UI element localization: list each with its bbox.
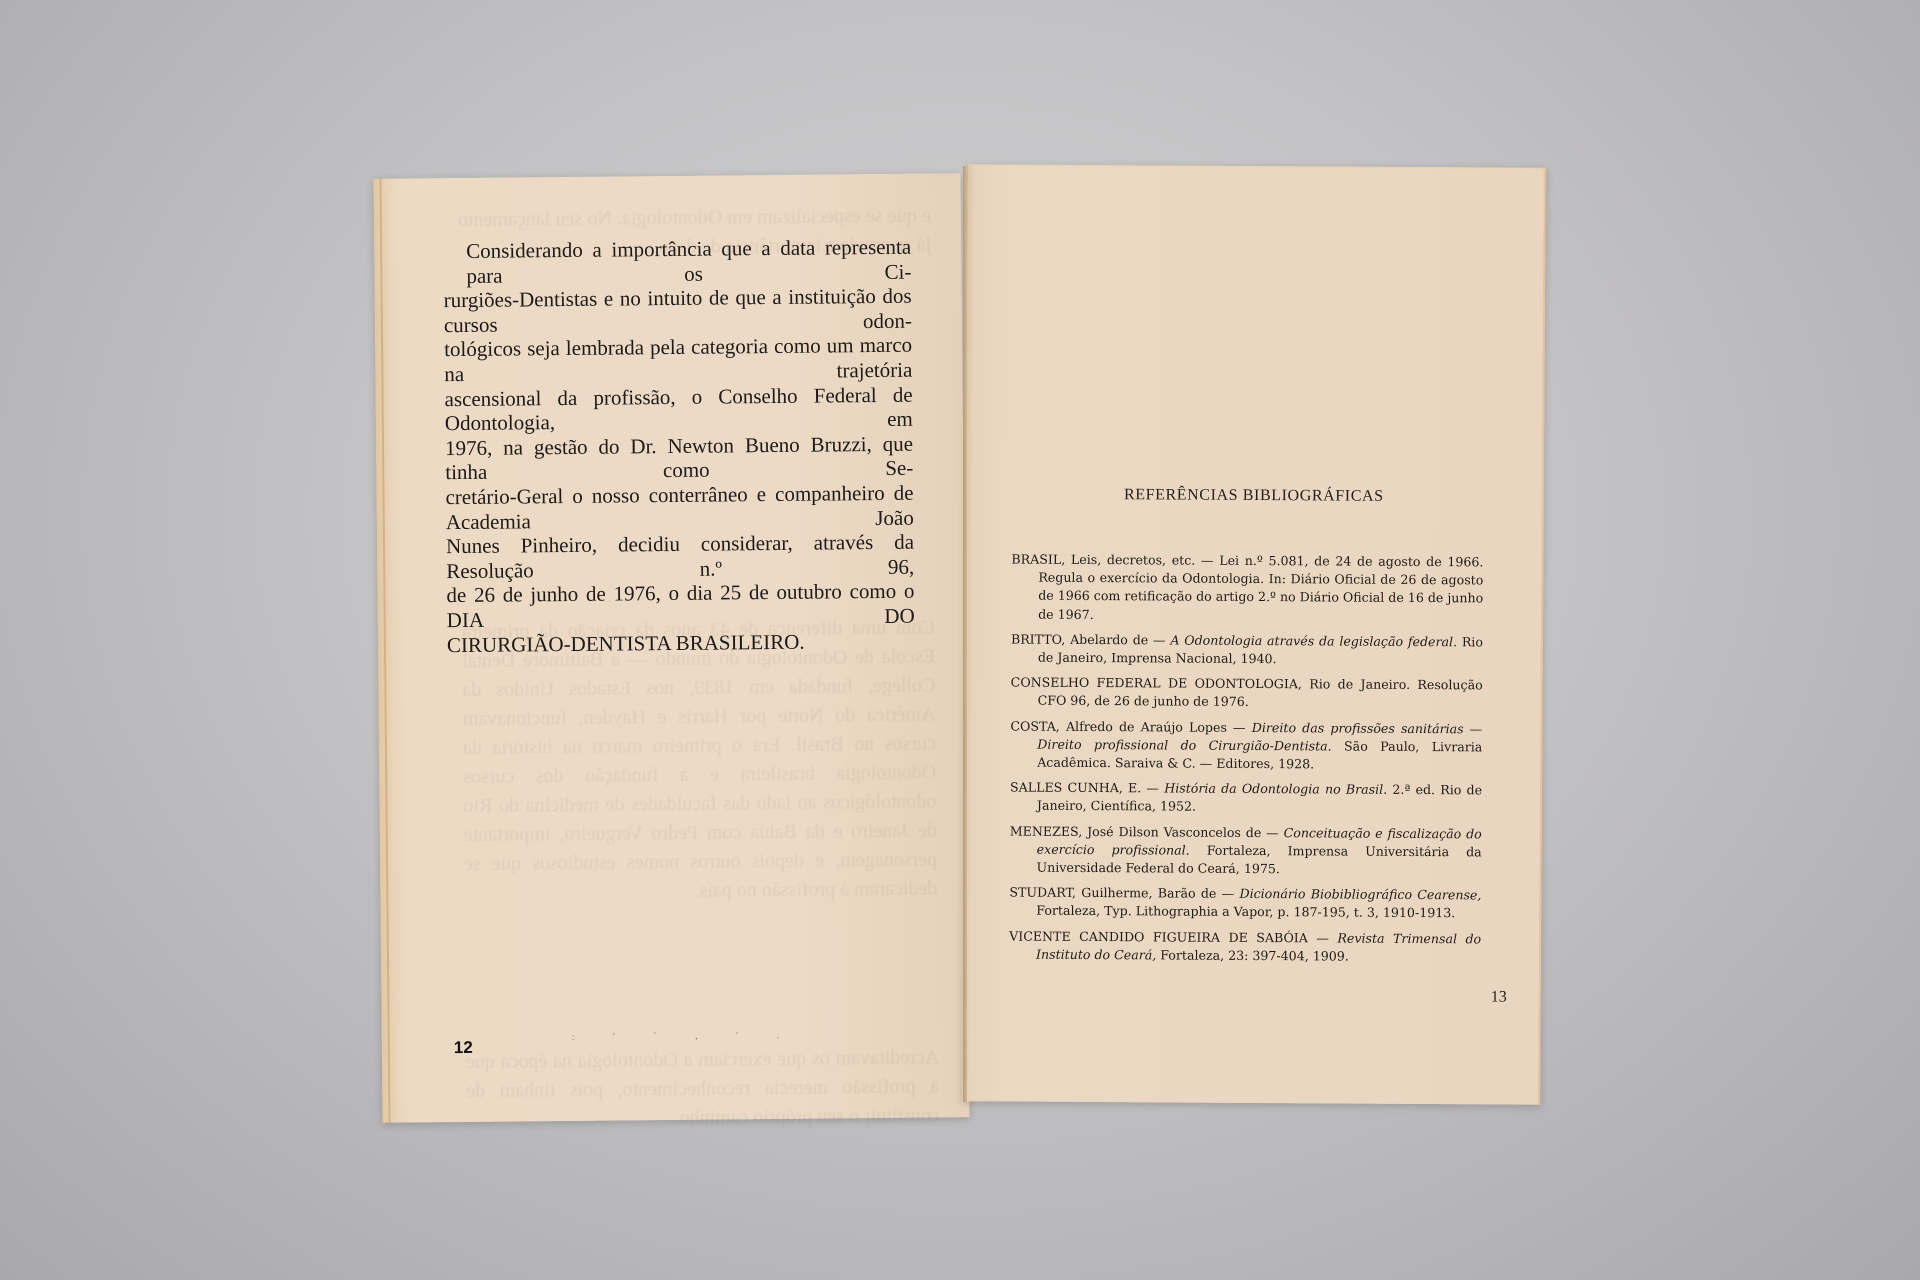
show-through-texture: Com uma diferença de 43 anos da criação … (462, 613, 938, 908)
book-gutter (963, 166, 967, 1102)
reference-text: Fortaleza, Typ. Lithographia a Vapor, p.… (1036, 903, 1455, 921)
reference-entry: MENEZES, José Dilson Vasconcelos de — Co… (1010, 822, 1482, 879)
reference-entry: VICENTE CANDIDO FIGUEIRA DE SABÓIA — Rev… (1009, 927, 1481, 966)
page-number-right: 13 (1491, 988, 1507, 1006)
page-number-left: 12 (454, 1038, 473, 1058)
reference-entry: SALLES CUNHA, E. — História da Odontolog… (1010, 779, 1482, 818)
reference-author: VICENTE CANDIDO FIGUEIRA DE SABÓIA (1009, 928, 1308, 945)
reference-author: CONSELHO FEDERAL DE ODONTOLOGIA, (1011, 675, 1302, 692)
open-booklet: e que se especializam em Odontologia. No… (0, 0, 1920, 1280)
reference-title: História da Odontologia no Brasil. (1164, 781, 1387, 797)
reference-author: STUDART, (1009, 885, 1076, 900)
reference-author: BRITTO, (1011, 631, 1065, 646)
reference-text: Abelardo de — (1065, 632, 1170, 648)
left-page: e que se especializam em Odontologia. No… (373, 173, 969, 1123)
reference-entry: CONSELHO FEDERAL DE ODONTOLOGIA, Rio de … (1011, 674, 1483, 713)
reference-entry: STUDART, Guilherme, Barão de — Dicionári… (1009, 884, 1481, 923)
reference-entry: COSTA, Alfredo de Araújo Lopes — Direito… (1010, 717, 1482, 774)
references-heading: REFERÊNCIAS BIBLIOGRÁFICAS (966, 485, 1542, 507)
paragraph-line: ascensional da profissão, o Conselho Fed… (444, 382, 912, 436)
reference-text: Alfredo de Araújo Lopes — (1060, 718, 1252, 734)
reference-text: — (1308, 930, 1338, 945)
show-through-texture: Acreditavam os que exerciam a Odontologi… (466, 1043, 940, 1135)
paragraph-line: Considerando a importância que a data re… (443, 235, 911, 289)
reference-author: COSTA, (1010, 718, 1059, 733)
reference-author: SALLES CUNHA, E. (1010, 780, 1141, 796)
paragraph-line: CIRURGIÃO-DENTISTA BRASILEIRO. (447, 628, 915, 657)
reference-title: Dicionário Biobibliográfico Cearense, (1239, 886, 1481, 902)
reference-text: Fortaleza, 23: 397-404, 1909. (1156, 947, 1349, 963)
reference-entry: BRASIL, Leis, decretos, etc. — Lei n.º 5… (1011, 551, 1483, 627)
paragraph-line: 1976, na gestão do Dr. Newton Bueno Bruz… (445, 431, 913, 485)
reference-text: José Dilson Vasconcelos de — (1082, 824, 1283, 840)
body-paragraph: Considerando a importância que a data re… (443, 235, 915, 658)
reference-author: BRASIL, (1011, 552, 1065, 567)
reference-text: Leis, decretos, etc. — Lei n.º 5.081, de… (1038, 552, 1483, 622)
paragraph-line: Nunes Pinheiro, decidiu considerar, atra… (446, 530, 914, 584)
reference-text: — (1141, 781, 1164, 796)
print-specks: : ' ` , ' . (572, 1030, 797, 1043)
reference-entry: BRITTO, Abelardo de — A Odontologia atra… (1011, 630, 1483, 669)
reference-author: MENEZES, (1010, 823, 1083, 838)
paragraph-line: de 26 de junho de 1976, o dia 25 de outu… (446, 579, 914, 633)
reference-text: Guilherme, Barão de — (1076, 885, 1240, 901)
right-page: REFERÊNCIAS BIBLIOGRÁFICAS BRASIL, Leis,… (962, 164, 1546, 1105)
paragraph-line: tológicos seja lembrada pela categoria c… (444, 333, 912, 387)
references-list: BRASIL, Leis, decretos, etc. — Lei n.º 5… (1009, 551, 1484, 974)
reference-title: A Odontologia através da legislação fede… (1170, 632, 1457, 649)
paragraph-line: cretário-Geral o nosso conterrâneo e com… (445, 481, 913, 535)
paragraph-line: rurgiões-Dentistas e no intuito de que a… (444, 284, 912, 338)
